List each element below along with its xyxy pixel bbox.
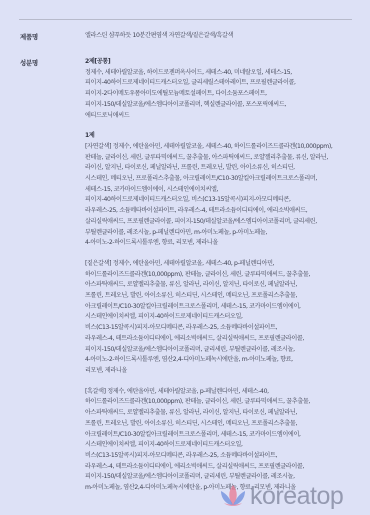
ingredients-section-dark-brown: [짙은갈색] 정제수, 에탄올아민, 세테아릴알코올, 세테스-40, p-페닐… <box>85 259 363 377</box>
product-info-page: 제품명 엘라스틴 샴푸하듯 10분간편염색 자연갈색/짙은갈색/흑갈색 성분명 … <box>0 0 370 515</box>
product-name-label: 제품명 <box>20 32 38 41</box>
ingredient-line: 비스(C13-15알콕시)피지-아모디메티콘, 라우레스-25, 소듐메타바이설… <box>85 323 363 334</box>
ingredient-line: 시스테인, 메티오닌, 프로폴리스추출물, 아크릴레이트/C10-30알킬아크릴… <box>85 174 363 185</box>
ingredient-line: 아크릴레이트/C10-30알킬아크릴레이트크로스폴리머, 세테스-15, 코카마… <box>85 302 363 313</box>
ingredient-line: 에티드로닉애씨드 <box>85 111 363 122</box>
ingredient-line: 하이드롤라이즈드콜라겐(10,000ppm), 판테놀, 글라이신, 세린, 글… <box>85 397 363 408</box>
section-title: 2제[공통] <box>85 57 363 68</box>
ingredient-line: 부틸렌글라이콜, 레조시놀, p-페닐렌디아민, m-아미노페놀, p-아미노페… <box>85 228 363 239</box>
ingredient-line: m-아미노페놀, 염산2,4-디아미노페녹시에탄올, p-아미노페놀, 향료, … <box>85 483 363 494</box>
ingredient-line: 아스파틱애씨드, 로얄젤리추출물, 류신, 알라닌, 라이신, 알지닌, 타이로… <box>85 280 363 291</box>
ingredient-line: 세테스-15, 코카마이드엠이에이, 시스테인에이치씨엘, <box>85 185 363 196</box>
ingredient-line: 정제수, 세테아릴알코올, 하이드로젠퍼옥사이드, 세테스-40, 미네랄오일,… <box>85 68 363 79</box>
ingredient-line: [자연갈색] 정제수, 에탄올아민, 세테아릴알코올, 세테스-40, 하이드롤… <box>85 142 363 153</box>
ingredients-section-agent2: 2제[공통] 정제수, 세테아릴알코올, 하이드로젠퍼옥사이드, 세테스-40,… <box>85 57 363 121</box>
ingredient-line: 살리실릭애씨드, 프로필렌글라이콜, 피이지-150/데실알코올/에스엠디아이코… <box>85 217 363 228</box>
ingredient-line: 피이지-150/데실알코올/에스엠디아이코폴리머, 글리세린, 부틸렌글라이콜,… <box>85 472 363 483</box>
ingredient-line: 4-아미노-2-하이드록시톨루엔, 향료, 리모넨, 제라니올 <box>85 238 363 249</box>
ingredient-line: 아스파틱애씨드, 로얄젤리추출물, 류신, 알라닌, 라이신, 알지닌, 타이로… <box>85 408 363 419</box>
ingredient-line: 비스(C13-15알콕시)피지-아모디메티콘, 라우레스-25, 소듐메타바이설… <box>85 451 363 462</box>
ingredient-line: 피이지-40하이드로제네이티드캐스터오일, 글리세릴스테아레이트, 프로필렌글라… <box>85 78 363 89</box>
ingredient-line: 시스테인에이치씨엘, 피이지-40하이드로제네이티드캐스터오일, <box>85 312 363 323</box>
ingredient-line: 피이지-2다이메도우폼아미도에틸모늄메토설페이트, 다이소듐포스페이트, <box>85 89 363 100</box>
section-title: 1제 <box>85 131 363 142</box>
product-name-value: 엘라스틴 샴푸하듯 10분간편염색 자연갈색/짙은갈색/흑갈색 <box>85 31 363 42</box>
ingredient-line: 라우레스-4, 테트라소듐이디티에이, 에리소빅애씨드, 살리실릭애씨드, 프로… <box>85 334 363 345</box>
ingredient-line: 라이신, 알지닌, 타이로신, 페닐알라닌, 프롤린, 트레오닌, 발린, 아이… <box>85 163 363 174</box>
ingredient-line: 아크릴레이트/C10-30알킬아크릴레이트크로스폴리머, 세테스-15, 코카마… <box>85 430 363 441</box>
ingredients-section-agent1-natural-brown: 1제 [자연갈색] 정제수, 에탄올아민, 세테아릴알코올, 세테스-40, 하… <box>85 131 363 249</box>
ingredient-line: 하이드롤라이즈드콜라겐(10,000ppm), 판테놀, 글라이신, 세린, 글… <box>85 270 363 281</box>
ingredient-line: 4-아미노-2-하이드록시톨루엔, 염산2,4-디아미노페녹시에탄올, m-아미… <box>85 355 363 366</box>
top-divider <box>19 19 352 20</box>
ingredient-line: 시스테인에이치씨엘, 피이지-40하이드로제네이티드캐스터오일, <box>85 440 363 451</box>
ingredient-line: 프롤린, 트레오닌, 발린, 아이소류신, 히스티딘, 시스테인, 메티오닌, … <box>85 291 363 302</box>
ingredients-section-black-brown: [흑갈색] 정제수, 에탄올아민, 세테아릴알코올, p-페닐렌디아민, 세테스… <box>85 387 363 494</box>
ingredient-line: 피이지-150/데실알코올/에스엠디아이코폴리머, 헥실렌글라이콜, 포스포릭애… <box>85 100 363 111</box>
ingredient-line: 피이지-40하이드로제네이티드캐스터오일, 비스(C13-15알콕시)피지-아모… <box>85 195 363 206</box>
ingredient-line: 프롤린, 트레오닌, 발린, 아이소류신, 히스티딘, 시스테인, 메티오닌, … <box>85 419 363 430</box>
ingredient-line: [흑갈색] 정제수, 에탄올아민, 세테아릴알코올, p-페닐렌디아민, 세테스… <box>85 387 363 398</box>
ingredient-line: 판테놀, 글라이신, 세린, 글루타믹애씨드, 꿀추출물, 아스파틱애씨드, 로… <box>85 153 363 164</box>
ingredient-line: 라우레스-4, 테트라소듐이디티에이, 에리소빅애씨드, 살리실릭애씨드, 프로… <box>85 462 363 473</box>
ingredient-line: [짙은갈색] 정제수, 에탄올아민, 세테아릴알코올, 세테스-40, p-페닐… <box>85 259 363 270</box>
ingredient-line: 리모넨, 제라니올 <box>85 366 363 377</box>
ingredient-line: 라우레스-25, 소듐메타바이설파이트, 라우레스-4, 테트라소듐이디티에이,… <box>85 206 363 217</box>
ingredient-line: 피이지-150/데실알코올/에스엠디아이코폴리머, 글리세린, 부틸렌글라이콜,… <box>85 345 363 356</box>
ingredients-label: 성분명 <box>20 58 38 67</box>
ingredients-value: 2제[공통] 정제수, 세테아릴알코올, 하이드로젠퍼옥사이드, 세테스-40,… <box>85 57 363 494</box>
